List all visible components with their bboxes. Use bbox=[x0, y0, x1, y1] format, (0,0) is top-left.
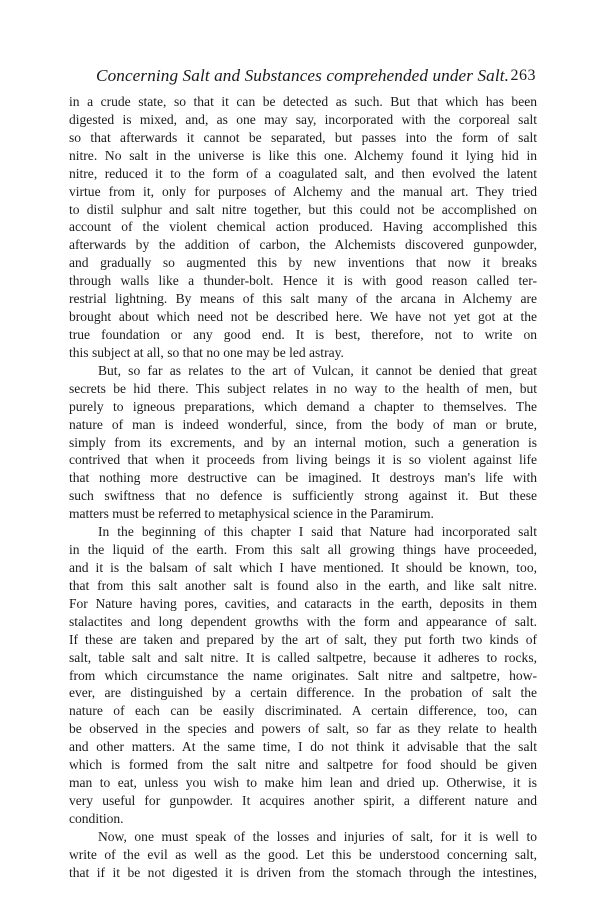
text-line: condition. bbox=[69, 810, 537, 828]
text-line: from which circumstance the name origina… bbox=[69, 667, 537, 685]
text-line: through walls like a thunder-bolt. Hence… bbox=[69, 272, 537, 290]
text-line: nature of each can be easily discriminat… bbox=[69, 702, 537, 720]
text-line: stalactites and long dependent growths w… bbox=[69, 613, 537, 631]
text-line: account of the violent chemical action p… bbox=[69, 218, 537, 236]
text-line: and gradually so augmented this by new i… bbox=[69, 254, 537, 272]
text-line: But, so far as relates to the art of Vul… bbox=[69, 362, 537, 380]
text-line: restrial lightning. By means of this sal… bbox=[69, 290, 537, 308]
text-line: so that afterwards it cannot be separate… bbox=[69, 129, 537, 147]
text-line: Now, one must speak of the losses and in… bbox=[69, 828, 537, 846]
text-line: digested is mixed, and, as one may say, … bbox=[69, 111, 537, 129]
text-line: contrived that when it proceeds from liv… bbox=[69, 451, 537, 469]
paragraph: In the beginning of this chapter I said … bbox=[69, 523, 537, 828]
text-line: In the beginning of this chapter I said … bbox=[69, 523, 537, 541]
running-head: Concerning Salt and Substances comprehen… bbox=[96, 64, 536, 88]
body-text: in a crude state, so that it can be dete… bbox=[69, 93, 537, 882]
page-number: 263 bbox=[511, 64, 537, 88]
text-line: this subject at all, so that no one may … bbox=[69, 344, 537, 362]
text-line: to distil sulphur and salt nitre togethe… bbox=[69, 201, 537, 219]
text-line: For Nature having pores, cavities, and c… bbox=[69, 595, 537, 613]
paragraph: But, so far as relates to the art of Vul… bbox=[69, 362, 537, 523]
text-line: very useful for gunpowder. It acquires a… bbox=[69, 792, 537, 810]
text-line: such swiftness that no defence is suffic… bbox=[69, 487, 537, 505]
text-line: matters must be referred to metaphysical… bbox=[69, 505, 537, 523]
text-line: simply from its excrements, and by an in… bbox=[69, 434, 537, 452]
text-line: nitre. No salt in the universe is like t… bbox=[69, 147, 537, 165]
text-line: afterwards by the addition of carbon, th… bbox=[69, 236, 537, 254]
text-line: man to eat, unless you wish to make him … bbox=[69, 774, 537, 792]
text-line: that from this salt another salt is foun… bbox=[69, 577, 537, 595]
text-line: ever, are distinguished by a certain dif… bbox=[69, 684, 537, 702]
text-line: and it is the balsam of salt which I hav… bbox=[69, 559, 537, 577]
text-line: and other matters. At the same time, I d… bbox=[69, 738, 537, 756]
paragraph: Now, one must speak of the losses and in… bbox=[69, 828, 537, 882]
text-line: be observed in the species and powers of… bbox=[69, 720, 537, 738]
text-line: secrets be hid there. This subject relat… bbox=[69, 380, 537, 398]
text-line: which is formed from the salt nitre and … bbox=[69, 756, 537, 774]
text-line: that nothing more destructive can be ima… bbox=[69, 469, 537, 487]
book-page: Concerning Salt and Substances comprehen… bbox=[0, 0, 591, 920]
text-line: in the liquid of the earth. From this sa… bbox=[69, 541, 537, 559]
text-line: brought about which need not be describe… bbox=[69, 308, 537, 326]
text-line: nature of man is indeed wonderful, since… bbox=[69, 416, 537, 434]
text-line: nitre, reduced it to the form of a coagu… bbox=[69, 165, 537, 183]
running-head-title: Concerning Salt and Substances comprehen… bbox=[96, 66, 509, 85]
paragraph: in a crude state, so that it can be dete… bbox=[69, 93, 537, 362]
text-line: in a crude state, so that it can be dete… bbox=[69, 93, 537, 111]
text-line: purely to igneous preparations, which de… bbox=[69, 398, 537, 416]
text-line: that if it be not digested it is driven … bbox=[69, 864, 537, 882]
text-line: write of the evil as well as the good. L… bbox=[69, 846, 537, 864]
text-line: salt, table salt and salt nitre. It is c… bbox=[69, 649, 537, 667]
text-line: true foundation or any good end. It is b… bbox=[69, 326, 537, 344]
text-line: If these are taken and prepared by the a… bbox=[69, 631, 537, 649]
text-line: virtue from it, only for purposes of Alc… bbox=[69, 183, 537, 201]
